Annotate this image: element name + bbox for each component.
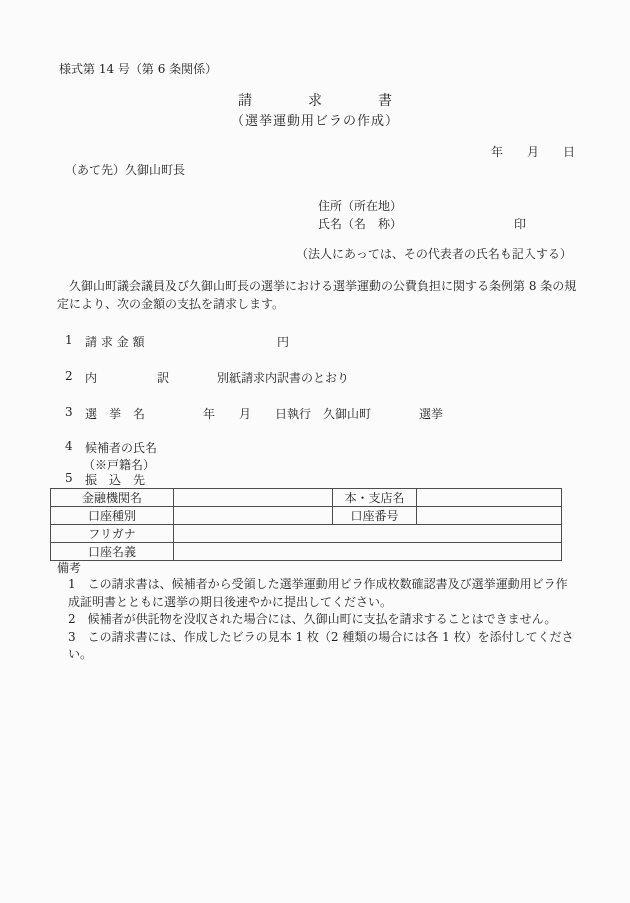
claim-item-number: 2 (65, 369, 73, 383)
claim-item-election-name: 3 選 挙 名 年 月 日執行 久御山町 選挙 (57, 405, 617, 422)
account-name-cell (174, 543, 562, 561)
claim-item-number: 4 (65, 439, 73, 453)
account-number-cell (417, 507, 562, 525)
claim-item-number: 3 (65, 405, 73, 419)
document-title: 請 求 書 (0, 90, 630, 110)
corporate-representative-note: （法人にあっては、その代表者の氏名も記入する） (296, 245, 572, 262)
claim-item-number: 5 (65, 471, 73, 485)
branch-name-cell (417, 489, 562, 507)
claim-item-label: 振 込 先 (85, 471, 145, 488)
account-number-label: 口座番号 (333, 507, 417, 525)
remark-item: 2 候補者が供託物を没収された場合には、久御山町に支払を請求することはできません… (68, 611, 574, 629)
remark-item: 3 この請求書には、作成したビラの見本 1 枚（2 種類の場合には各 1 枚）を… (68, 629, 574, 664)
claim-item-label: 請 求 金 額 (85, 333, 144, 350)
form-number-note: 様式第 14 号（第 6 条関係） (59, 60, 217, 77)
remarks-list: 1 この請求書は、候補者から受領した選挙運動用ビラ作成枚数確認書及び選挙運動用ビ… (68, 576, 574, 664)
claim-item-label: 選 挙 名 (85, 405, 145, 422)
table-row: フリガナ (51, 525, 562, 543)
remarks-heading: 備考 (57, 559, 81, 576)
address-label: 住所（所在地） (318, 197, 402, 214)
table-row: 口座種別 口座番号 (51, 507, 562, 525)
claim-item-breakdown: 2 内 訳 別紙請求内訳書のとおり (57, 369, 617, 386)
seal-mark: 印 (514, 215, 526, 232)
table-row: 口座名義 (51, 543, 562, 561)
claim-item-value: 別紙請求内訳書のとおり (217, 369, 349, 386)
account-type-cell (174, 507, 333, 525)
furigana-cell (174, 525, 562, 543)
invoice-form-page: 様式第 14 号（第 6 条関係） 請 求 書 （選挙運動用ビラの作成） 年 月… (0, 0, 630, 903)
claim-item-label: 内 訳 (85, 369, 169, 386)
account-type-label: 口座種別 (51, 507, 174, 525)
branch-name-label: 本・支店名 (333, 489, 417, 507)
claim-item-label: 候補者の氏名 (85, 439, 157, 456)
claim-item-value: 年 月 日執行 久御山町 選挙 (203, 405, 443, 422)
claim-item-value: 円 (277, 333, 289, 350)
table-row: 金融機関名 本・支店名 (51, 489, 562, 507)
claim-item-candidate-name: 4 候補者の氏名 (57, 439, 617, 456)
document-subtitle: （選挙運動用ビラの作成） (0, 110, 630, 129)
date-line: 年 月 日 (491, 143, 575, 160)
account-name-label: 口座名義 (51, 543, 174, 561)
request-statement-paragraph: 久御山町議会議員及び久御山町長の選挙における選挙運動の公費負担に関する条例第 8… (57, 277, 576, 313)
name-label: 氏名（名 称） (318, 215, 402, 232)
remark-item: 1 この請求書は、候補者から受領した選挙運動用ビラ作成枚数確認書及び選挙運動用ビ… (68, 576, 574, 611)
claim-item-number: 1 (65, 333, 73, 347)
furigana-label: フリガナ (51, 525, 174, 543)
claim-item-amount: 1 請 求 金 額 円 (57, 333, 617, 350)
bank-name-label: 金融機関名 (51, 489, 174, 507)
transfer-destination-table: 金融機関名 本・支店名 口座種別 口座番号 フリガナ 口座名義 (50, 488, 562, 561)
bank-name-cell (174, 489, 333, 507)
addressee-line: （あて先）久御山町長 (65, 161, 185, 178)
claim-item-transfer-destination: 5 振 込 先 (57, 471, 617, 488)
